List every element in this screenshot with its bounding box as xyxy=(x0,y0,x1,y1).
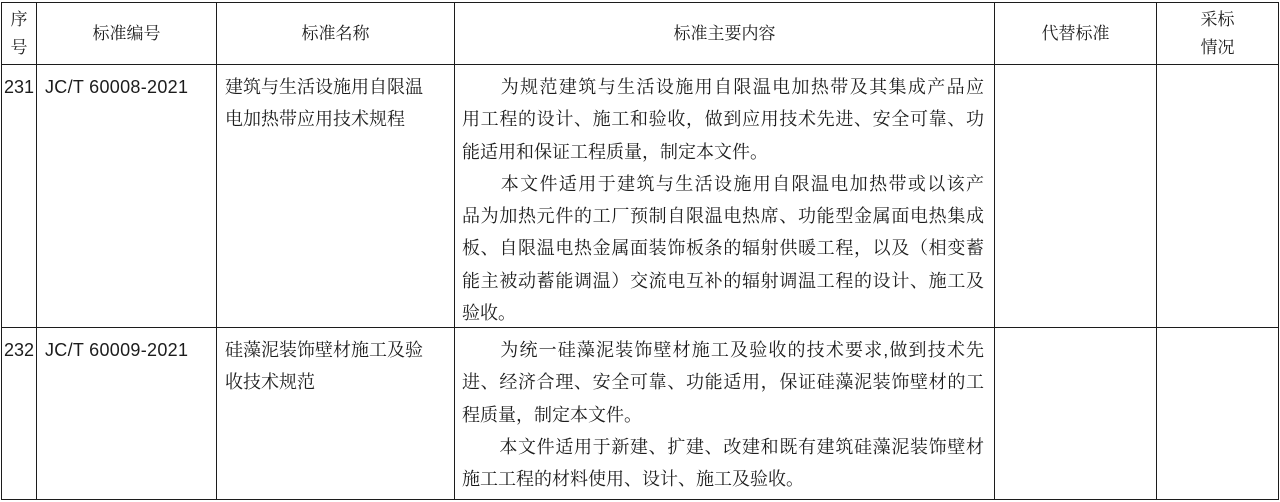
header-name-label: 标准名称 xyxy=(302,20,370,48)
header-cell-name: 标准名称 xyxy=(217,3,455,65)
row-231-cell-adoption xyxy=(1157,65,1278,328)
document-page: 序 号 标准编号 标准名称 标准主要内容 代替标准 采标 情况 231 JC/T… xyxy=(0,0,1280,502)
text-line: 验收。 xyxy=(462,297,984,328)
header-cell-no: 序 号 xyxy=(2,3,37,65)
header-adoption-line2: 情况 xyxy=(1201,34,1235,62)
text-line: 程质量，制定本文件。 xyxy=(462,399,984,431)
header-code-label: 标准编号 xyxy=(93,20,161,48)
standards-table: 序 号 标准编号 标准名称 标准主要内容 代替标准 采标 情况 231 JC/T… xyxy=(1,2,1279,500)
row-231-cell-replaced xyxy=(995,65,1157,328)
row-232-cell-adoption xyxy=(1157,328,1278,499)
header-cell-adoption: 采标 情况 xyxy=(1157,3,1278,65)
text-line: 能适用和保证工程质量，制定本文件。 xyxy=(462,136,984,168)
row-232-cell-content: 为统一硅藻泥装饰壁材施工及验收的技术要求,做到技术先 进、经济合理、安全可靠、功… xyxy=(455,328,995,499)
row-232-cell-code: JC/T 60009-2021 xyxy=(37,328,217,499)
header-cell-code: 标准编号 xyxy=(37,3,217,65)
text-line: 本文件适用于建筑与生活设施用自限温电加热带或以该产 xyxy=(462,168,984,200)
header-cell-replaced: 代替标准 xyxy=(995,3,1157,65)
text-line: 用工程的设计、施工和验收，做到应用技术先进、安全可靠、功 xyxy=(462,103,984,135)
row-232-cell-replaced xyxy=(995,328,1157,499)
text-line: 建筑与生活设施用自限温 xyxy=(225,71,430,103)
row-231-cell-content: 为规范建筑与生活设施用自限温电加热带及其集成产品应 用工程的设计、施工和验收，做… xyxy=(455,65,995,328)
header-no-line2: 号 xyxy=(11,34,28,62)
text-line: 硅藻泥装饰壁材施工及验 xyxy=(225,334,430,366)
text-line: 施工工程的材料使用、设计、施工及验收。 xyxy=(462,463,984,495)
text-line: 本文件适用于新建、扩建、改建和既有建筑硅藻泥装饰壁材 xyxy=(462,431,984,463)
text-line: 进、经济合理、安全可靠、功能适用，保证硅藻泥装饰壁材的工 xyxy=(462,366,984,398)
row-231-cell-code: JC/T 60008-2021 xyxy=(37,65,217,328)
row-231-cell-name: 建筑与生活设施用自限温 电加热带应用技术规程 xyxy=(217,65,455,328)
text-line: 收技术规范 xyxy=(225,366,430,398)
row-232-cell-no: 232 xyxy=(2,328,37,499)
text-line: 板、自限温电热金属面装饰板条的辐射供暖工程，以及（相变蓄 xyxy=(462,232,984,264)
text-line: 品为加热元件的工厂预制自限温电热席、功能型金属面电热集成 xyxy=(462,200,984,232)
text-line: 能主被动蓄能调温）交流电互补的辐射调温工程的设计、施工及 xyxy=(462,265,984,297)
text-line: 为统一硅藻泥装饰壁材施工及验收的技术要求,做到技术先 xyxy=(462,334,984,366)
text-line: 电加热带应用技术规程 xyxy=(225,103,430,135)
text-line: 为规范建筑与生活设施用自限温电加热带及其集成产品应 xyxy=(462,71,984,103)
header-replaced-label: 代替标准 xyxy=(1042,20,1110,48)
header-no-line1: 序 xyxy=(11,6,28,34)
header-adoption-line1: 采标 xyxy=(1201,6,1235,34)
row-232-cell-name: 硅藻泥装饰壁材施工及验 收技术规范 xyxy=(217,328,455,499)
row-231-cell-no: 231 xyxy=(2,65,37,328)
header-content-label: 标准主要内容 xyxy=(674,20,776,48)
header-cell-content: 标准主要内容 xyxy=(455,3,995,65)
